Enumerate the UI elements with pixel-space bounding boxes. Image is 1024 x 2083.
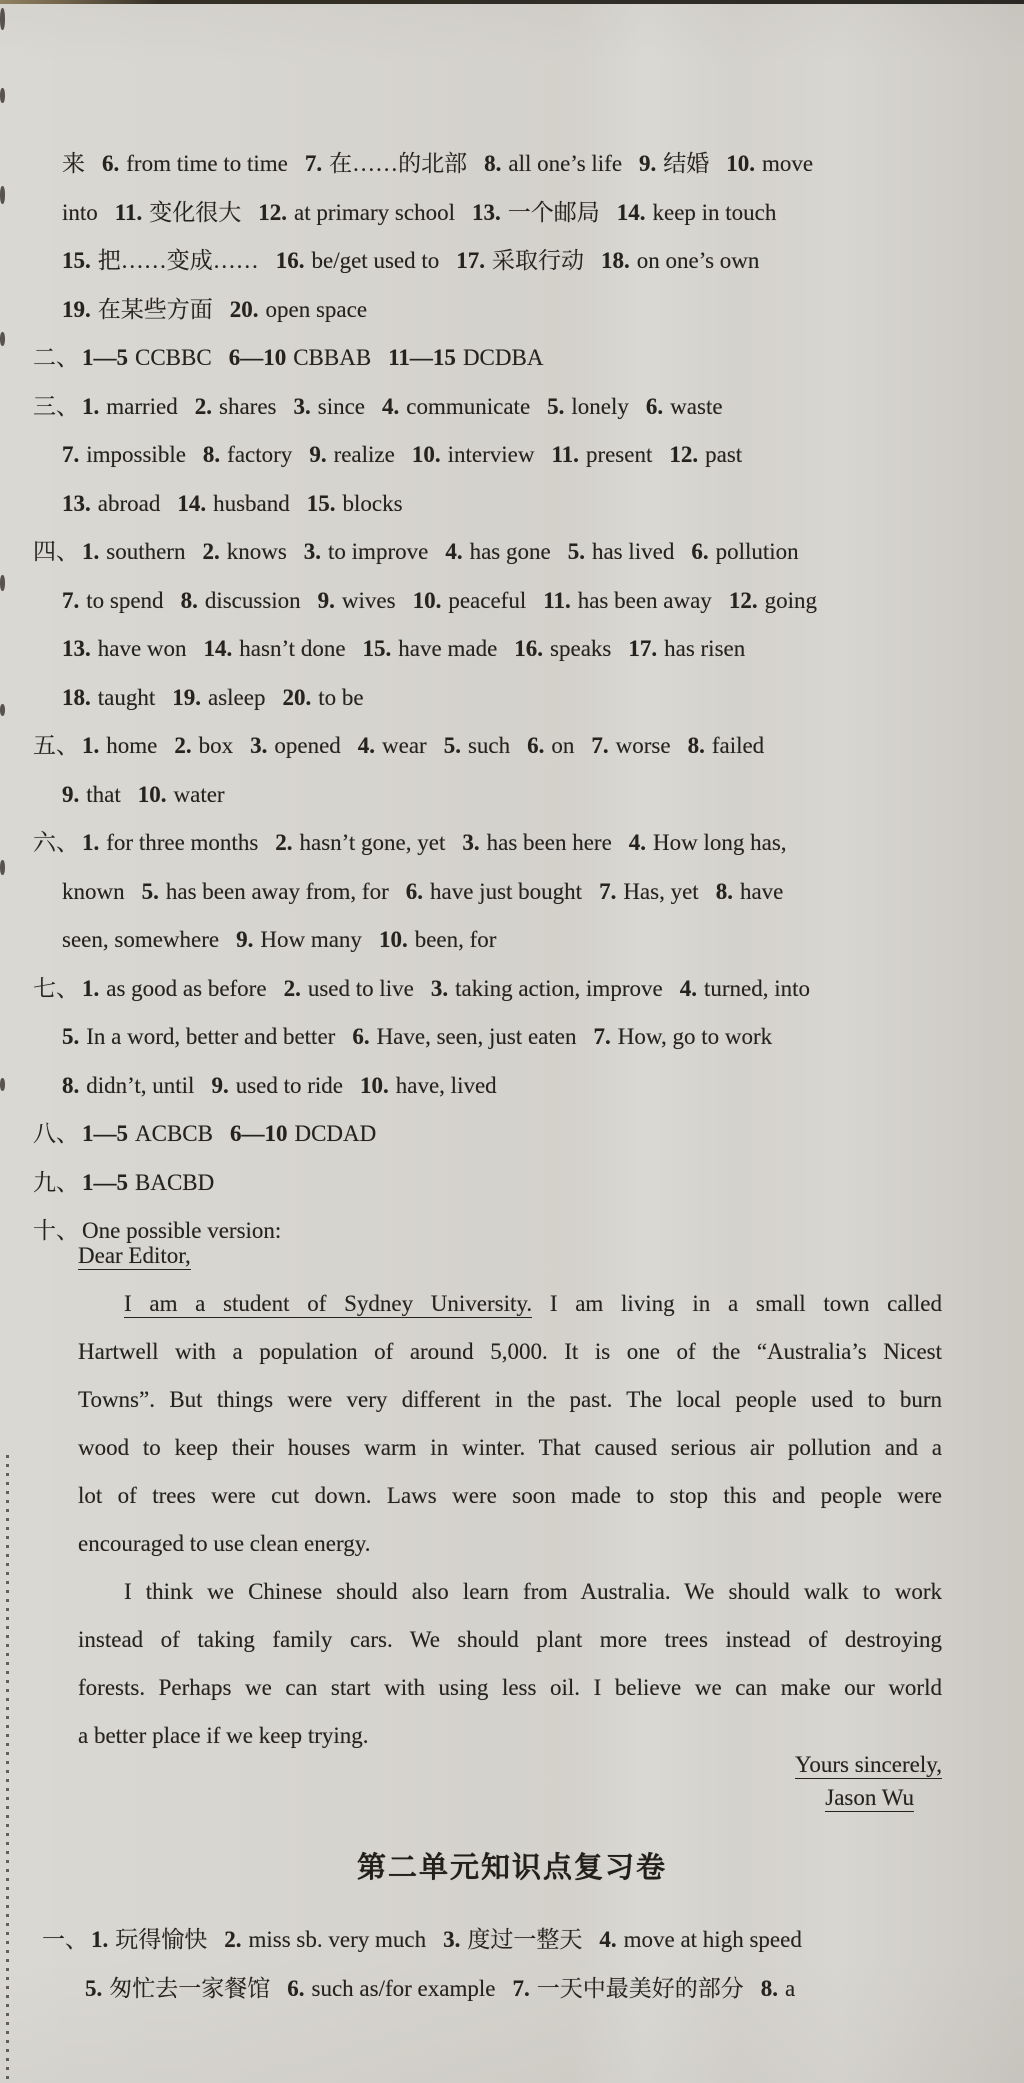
item-text: taught (98, 685, 156, 710)
answer-item: 1.home (82, 733, 157, 758)
answer-item: 19.在某些方面 (62, 297, 213, 322)
item-number: 7. (305, 151, 322, 176)
item-number: 20. (230, 297, 259, 322)
item-number: 19. (62, 297, 91, 322)
page-edge-mark (0, 8, 5, 30)
item-text: hasn’t gone, yet (300, 830, 446, 855)
item-text: 一天中最美好的部分 (537, 1976, 744, 2001)
item-number: 1. (91, 1927, 108, 1952)
item-text: on (551, 733, 574, 758)
item-number: 10. (412, 442, 441, 467)
item-text: 结婚 (663, 151, 709, 176)
item-number: 3. (250, 733, 267, 758)
letter-signature: Jason Wu (78, 1781, 942, 1814)
section-marker: 七、 (33, 976, 79, 1001)
answer-item: 来 (62, 151, 85, 176)
answer-item: 7.to spend (62, 588, 164, 613)
item-text: discussion (205, 588, 301, 613)
answer-item: 7.在……的北部 (305, 151, 467, 176)
answer-line: 9.that10.water (0, 771, 1024, 820)
item-text: to spend (86, 588, 163, 613)
answer-line: 5.In a word, better and better6.Have, se… (0, 1013, 1024, 1062)
item-number: 13. (62, 491, 91, 516)
answer-item: 2.miss sb. very much (224, 1927, 426, 1952)
answer-item: 1.玩得愉快 (91, 1927, 207, 1952)
item-text: as good as before (106, 976, 266, 1001)
item-text: wear (382, 733, 427, 758)
item-text: factory (227, 442, 292, 467)
answer-item: 19.asleep (172, 685, 265, 710)
item-number: 9. (211, 1073, 228, 1098)
item-text: hasn’t done (239, 636, 345, 661)
item-text: for three months (106, 830, 258, 855)
item-text: didn’t, until (86, 1073, 194, 1098)
item-text: home (106, 733, 157, 758)
item-number: 9. (236, 927, 253, 952)
item-number: 15. (62, 248, 91, 273)
letter-line: I am a student of Sydney University. I a… (78, 1280, 942, 1328)
page-edge-mark (0, 88, 5, 103)
answer-item: 5.has lived (568, 539, 675, 564)
answer-item: 2.shares (195, 394, 277, 419)
item-number: 13. (62, 636, 91, 661)
answer-item: 2.box (174, 733, 233, 758)
item-text: opened (274, 733, 340, 758)
answer-item: 16.be/get used to (276, 248, 440, 273)
item-text: turned, into (704, 976, 810, 1001)
answer-item: 1—5CCBBC (82, 345, 212, 370)
answer-item: 6.on (527, 733, 574, 758)
item-text: has risen (664, 636, 745, 661)
item-text: interview (448, 442, 535, 467)
unit2-answers: 一、1.玩得愉快2.miss sb. very much3.度过一整天4.mov… (0, 1916, 1024, 2013)
item-text: lonely (571, 394, 629, 419)
item-number: 1. (82, 539, 99, 564)
item-number: 11. (543, 588, 570, 613)
item-text: How, go to work (618, 1024, 772, 1049)
item-number: 10. (413, 588, 442, 613)
item-text: 把……变成…… (98, 248, 259, 273)
answer-item: 2.hasn’t gone, yet (275, 830, 445, 855)
item-number: 6—10 (230, 1121, 288, 1146)
item-number: 8. (203, 442, 220, 467)
item-number: 5. (547, 394, 564, 419)
item-number: 8. (181, 588, 198, 613)
answer-item: 1.for three months (82, 830, 258, 855)
item-text: have just bought (430, 879, 582, 904)
answer-item: 1.married (82, 394, 178, 419)
item-text: wives (342, 588, 396, 613)
answer-sheet-page: 来6.from time to time7.在……的北部8.all one’s … (0, 0, 1024, 2083)
section-marker: 一、 (42, 1927, 88, 1952)
item-text: impossible (86, 442, 186, 467)
item-text: 一个邮局 (508, 200, 600, 225)
item-text: realize (334, 442, 395, 467)
item-number: 1—5 (82, 1121, 128, 1146)
answer-item: 1.as good as before (82, 976, 267, 1001)
item-number: 18. (62, 685, 91, 710)
answer-item: 8.failed (688, 733, 765, 758)
answer-item: 8.factory (203, 442, 292, 467)
item-text: DCDAD (294, 1121, 376, 1146)
item-text: blocks (343, 491, 403, 516)
item-text: 在某些方面 (98, 297, 213, 322)
section-marker: 六、 (33, 830, 79, 855)
item-number: 12. (258, 200, 287, 225)
answer-line: 13.have won14.hasn’t done15.have made16.… (0, 625, 1024, 674)
item-text: miss sb. very much (249, 1927, 427, 1952)
answer-item: 10.interview (412, 442, 535, 467)
item-text: husband (213, 491, 290, 516)
item-number: 8. (761, 1976, 778, 2001)
item-number: 2. (174, 733, 191, 758)
item-number: 12. (669, 442, 698, 467)
item-text: pollution (716, 539, 799, 564)
answer-item: 18.taught (62, 685, 155, 710)
answer-item: 3.taking action, improve (431, 976, 663, 1001)
item-number: 4. (629, 830, 646, 855)
item-text: How long has, (653, 830, 787, 855)
answer-item: 17.采取行动 (456, 248, 584, 273)
item-number: 7. (62, 442, 79, 467)
item-text: 来 (62, 151, 85, 176)
item-number: 6. (406, 879, 423, 904)
answer-item: 11.变化很大 (115, 200, 241, 225)
item-text: water (174, 782, 225, 807)
answer-line: 13.abroad14.husband15.blocks (0, 480, 1024, 529)
answer-item: 20.to be (282, 685, 363, 710)
item-text: worse (616, 733, 671, 758)
item-text: present (586, 442, 652, 467)
answer-item: 3.度过一整天 (443, 1927, 582, 1952)
item-number: 11. (551, 442, 578, 467)
item-number: 1—5 (82, 1170, 128, 1195)
item-number: 3. (294, 394, 311, 419)
answer-item: 4.move at high speed (599, 1927, 801, 1952)
item-number: 8. (62, 1073, 79, 1098)
answer-item: 4.How long has, (629, 830, 787, 855)
composition-letter: Dear Editor, I am a student of Sydney Un… (0, 1232, 1024, 1760)
unit1-answers: 来6.from time to time7.在……的北部8.all one’s … (0, 140, 1024, 1256)
item-number: 2. (202, 539, 219, 564)
answer-line: 18.taught19.asleep20.to be (0, 674, 1024, 723)
section-marker: 八、 (33, 1121, 79, 1146)
answer-item: 17.has risen (628, 636, 745, 661)
item-number: 6. (691, 539, 708, 564)
letter-salutation-text: Dear Editor, (78, 1243, 191, 1270)
answer-item: 4.turned, into (680, 976, 810, 1001)
item-number: 1—5 (82, 345, 128, 370)
answer-line: 19.在某些方面20.open space (0, 286, 1024, 335)
letter-line: lot of trees were cut down. Laws were so… (78, 1472, 942, 1520)
item-number: 3. (431, 976, 448, 1001)
item-text: all one’s life (508, 151, 622, 176)
item-number: 3. (304, 539, 321, 564)
item-text: In a word, better and better (86, 1024, 335, 1049)
item-number: 5. (142, 879, 159, 904)
item-number: 1. (82, 394, 99, 419)
item-number: 9. (639, 151, 656, 176)
item-text: seen, somewhere (62, 927, 219, 952)
answer-item: 1—5ACBCB (82, 1121, 213, 1146)
item-number: 17. (628, 636, 657, 661)
item-text: on one’s own (637, 248, 760, 273)
answer-line: 六、1.for three months2.hasn’t gone, yet3.… (0, 819, 1024, 868)
item-text: be/get used to (312, 248, 440, 273)
answer-item: 10.been, for (379, 927, 497, 952)
answer-item: 6—10CBBAB (229, 345, 371, 370)
answer-line: known5.has been away from, for6.have jus… (0, 868, 1024, 917)
answer-item: 8.all one’s life (484, 151, 622, 176)
answer-item: 12.at primary school (258, 200, 455, 225)
answer-item: 4.has gone (445, 539, 550, 564)
item-text: CBBAB (293, 345, 371, 370)
section-marker: 五、 (33, 733, 79, 758)
letter-salutation: Dear Editor, (78, 1232, 1024, 1280)
letter-line: forests. Perhaps we can start with using… (78, 1664, 942, 1712)
item-text: has been away from, for (166, 879, 389, 904)
answer-item: 2.used to live (284, 976, 414, 1001)
item-number: 8. (484, 151, 501, 176)
answer-item: 13.have won (62, 636, 187, 661)
item-number: 4. (358, 733, 375, 758)
item-text: 玩得愉快 (115, 1927, 207, 1952)
item-text: southern (106, 539, 185, 564)
item-text: going (765, 588, 817, 613)
answer-line: 7.impossible8.factory9.realize10.intervi… (0, 431, 1024, 480)
answer-item: 3.has been here (462, 830, 611, 855)
answer-item: 7.How, go to work (593, 1024, 772, 1049)
answer-item: 5.lonely (547, 394, 629, 419)
answer-item: 9.that (62, 782, 121, 807)
answer-item: 12.going (729, 588, 817, 613)
item-text: has been here (487, 830, 612, 855)
answer-item: 7.Has, yet (599, 879, 699, 904)
item-text: abroad (98, 491, 161, 516)
item-number: 17. (456, 248, 485, 273)
answer-item: seen, somewhere (62, 927, 219, 952)
answer-item: 7.一天中最美好的部分 (512, 1976, 743, 2001)
item-number: 2. (195, 394, 212, 419)
answer-item: 14.keep in touch (617, 200, 777, 225)
item-text: have won (98, 636, 187, 661)
answer-item: 6.such as/for example (287, 1976, 495, 2001)
item-text: knows (227, 539, 287, 564)
answer-item: 7.impossible (62, 442, 186, 467)
answer-item: 5.In a word, better and better (62, 1024, 335, 1049)
item-text: since (318, 394, 365, 419)
underlined-sentence: I am a student of Sydney University. (124, 1291, 532, 1318)
answer-item: 11.has been away (543, 588, 712, 613)
item-text: How many (260, 927, 362, 952)
item-number: 20. (282, 685, 311, 710)
item-text: DCDBA (463, 345, 544, 370)
item-text: has been away (578, 588, 712, 613)
letter-line: wood to keep their houses warm in winter… (78, 1424, 942, 1472)
item-text: into (62, 200, 98, 225)
item-text: been, for (415, 927, 497, 952)
answer-item: 6.Have, seen, just eaten (352, 1024, 576, 1049)
answer-line: 九、1—5BACBD (0, 1159, 1024, 1208)
item-number: 16. (276, 248, 305, 273)
item-number: 6. (646, 394, 663, 419)
answer-item: 8.a (761, 1976, 795, 2001)
item-number: 4. (382, 394, 399, 419)
item-text: asleep (208, 685, 265, 710)
item-text: 在……的北部 (329, 151, 467, 176)
section-marker: 九、 (33, 1170, 79, 1195)
answer-item: 8.didn’t, until (62, 1073, 194, 1098)
answer-item: 14.husband (177, 491, 289, 516)
item-number: 1. (82, 830, 99, 855)
item-text: known (62, 879, 125, 904)
item-number: 15. (307, 491, 336, 516)
answer-line: 一、1.玩得愉快2.miss sb. very much3.度过一整天4.mov… (0, 1916, 1024, 1965)
answer-item: 6.pollution (691, 539, 798, 564)
item-number: 14. (204, 636, 233, 661)
answer-item: 6—10DCDAD (230, 1121, 376, 1146)
item-number: 14. (177, 491, 206, 516)
item-number: 8. (716, 879, 733, 904)
answer-line: 七、1.as good as before2.used to live3.tak… (0, 965, 1024, 1014)
answer-item: 4.wear (358, 733, 427, 758)
item-text: 匆忙去一家餐馆 (109, 1976, 270, 2001)
item-text: taking action, improve (455, 976, 663, 1001)
answer-item: 1—5BACBD (82, 1170, 214, 1195)
item-text: used to ride (236, 1073, 343, 1098)
answer-item: 3.to improve (304, 539, 429, 564)
answer-item: 3.opened (250, 733, 341, 758)
answer-item: 8.discussion (181, 588, 301, 613)
item-number: 9. (62, 782, 79, 807)
item-number: 7. (512, 1976, 529, 2001)
letter-body: I am a student of Sydney University. I a… (0, 1280, 1024, 1760)
item-number: 8. (688, 733, 705, 758)
item-number: 14. (617, 200, 646, 225)
item-number: 5. (568, 539, 585, 564)
item-text: have (740, 879, 783, 904)
answer-item: 11.present (551, 442, 652, 467)
answer-line: 来6.from time to time7.在……的北部8.all one’s … (0, 140, 1024, 189)
item-number: 2. (275, 830, 292, 855)
item-text: have made (398, 636, 497, 661)
answer-line: 7.to spend8.discussion9.wives10.peaceful… (0, 577, 1024, 626)
item-number: 1. (82, 976, 99, 1001)
item-text: used to live (308, 976, 414, 1001)
answer-item: 2.knows (202, 539, 286, 564)
item-number: 7. (593, 1024, 610, 1049)
item-text: such (468, 733, 510, 758)
item-number: 10. (138, 782, 167, 807)
answer-item: 1.southern (82, 539, 185, 564)
answer-item: 3.since (294, 394, 366, 419)
answer-item: 11—15DCDBA (388, 345, 543, 370)
answer-line: 四、1.southern2.knows3.to improve4.has gon… (0, 528, 1024, 577)
item-text: speaks (550, 636, 611, 661)
answer-item: 9.used to ride (211, 1073, 343, 1098)
item-text: communicate (406, 394, 530, 419)
answer-item: 18.on one’s own (601, 248, 759, 273)
item-number: 6—10 (229, 345, 287, 370)
item-number: 10. (360, 1073, 389, 1098)
item-number: 6. (527, 733, 544, 758)
item-text: keep in touch (652, 200, 776, 225)
item-text: a (785, 1976, 795, 2001)
item-text: to be (318, 685, 363, 710)
item-text: have, lived (396, 1073, 497, 1098)
item-text: 变化很大 (149, 200, 241, 225)
answer-line: into11.变化很大12.at primary school13.一个邮局14… (0, 189, 1024, 238)
item-number: 9. (318, 588, 335, 613)
item-text: ACBCB (135, 1121, 213, 1146)
answer-item: known (62, 879, 125, 904)
answer-item: 13.abroad (62, 491, 160, 516)
item-text: shares (219, 394, 276, 419)
item-text: waste (670, 394, 722, 419)
answer-item: 9.wives (318, 588, 396, 613)
item-number: 19. (172, 685, 201, 710)
item-text: has lived (592, 539, 674, 564)
item-number: 6. (287, 1976, 304, 2001)
item-number: 1. (82, 733, 99, 758)
item-number: 5. (85, 1976, 102, 2001)
answer-line: 五、1.home2.box3.opened4.wear5.such6.on7.w… (0, 722, 1024, 771)
item-number: 16. (514, 636, 543, 661)
answer-item: 12.past (669, 442, 742, 467)
section-marker: 二、 (33, 345, 79, 370)
item-number: 7. (591, 733, 608, 758)
letter-closing: Yours sincerely, (78, 1748, 942, 1781)
answer-item: 10.have, lived (360, 1073, 497, 1098)
section-marker: 四、 (33, 539, 79, 564)
letter-line: Hartwell with a population of around 5,0… (78, 1328, 942, 1376)
item-number: 6. (102, 151, 119, 176)
item-text: at primary school (294, 200, 455, 225)
answer-item: 9.How many (236, 927, 362, 952)
item-text: move at high speed (624, 1927, 802, 1952)
item-text: that (86, 782, 121, 807)
item-number: 4. (599, 1927, 616, 1952)
item-number: 4. (680, 976, 697, 1001)
section-marker: 三、 (33, 394, 79, 419)
answer-line: 8.didn’t, until9.used to ride10.have, li… (0, 1062, 1024, 1111)
answer-item: 6.from time to time (102, 151, 288, 176)
letter-line: Towns”. But things were very different i… (78, 1376, 942, 1424)
item-number: 15. (363, 636, 392, 661)
item-text: failed (712, 733, 764, 758)
item-text: has gone (470, 539, 551, 564)
item-number: 11—15 (388, 345, 456, 370)
signature-block: Yours sincerely, Jason Wu (78, 1748, 942, 1814)
answer-item: 16.speaks (514, 636, 611, 661)
item-text: CCBBC (135, 345, 212, 370)
item-text: open space (266, 297, 368, 322)
answer-line: 5.匆忙去一家餐馆6.such as/for example7.一天中最美好的部… (0, 1965, 1024, 2014)
answer-item: into (62, 200, 98, 225)
item-number: 12. (729, 588, 758, 613)
answer-line: 二、1—5CCBBC6—10CBBAB11—15DCDBA (0, 334, 1024, 383)
item-text: Has, yet (623, 879, 698, 904)
item-text: such as/for example (312, 1976, 496, 2001)
item-text: 度过一整天 (467, 1927, 582, 1952)
item-number: 6. (352, 1024, 369, 1049)
answer-item: 4.communicate (382, 394, 530, 419)
page-edge-top (0, 0, 1024, 4)
letter-line: I think we Chinese should also learn fro… (78, 1568, 942, 1616)
answer-line: seen, somewhere9.How many10.been, for (0, 916, 1024, 965)
unit2-title: 第二单元知识点复习卷 (0, 1845, 1024, 1886)
item-number: 3. (443, 1927, 460, 1952)
